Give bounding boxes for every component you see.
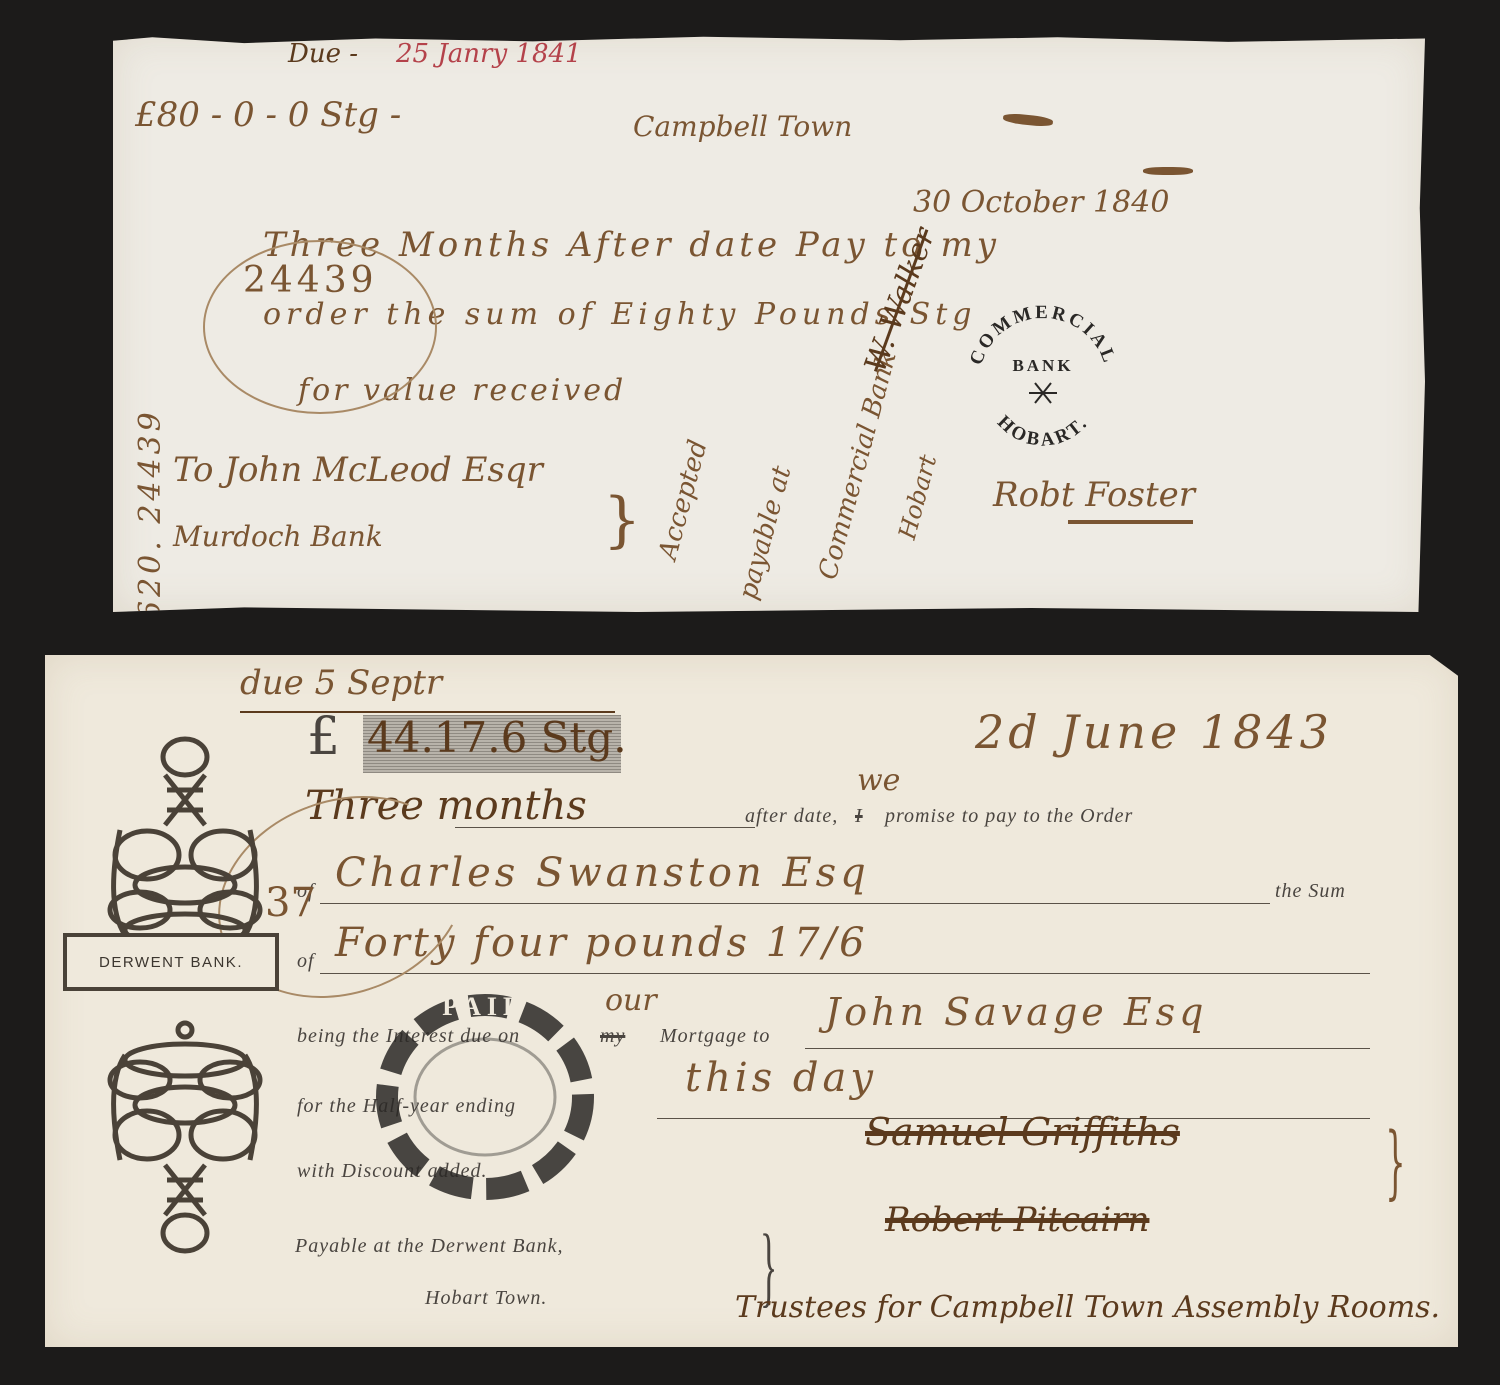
svg-text:HOBART.: HOBART. (993, 412, 1093, 451)
inserted-our: our (605, 983, 657, 1018)
addressee-line-1: To John McLeod Esqr (173, 450, 543, 490)
due-note-prefix: Due - (288, 39, 358, 69)
inserted-pronoun: we (857, 763, 900, 798)
due-note: due 5 Septr (240, 663, 442, 703)
struck-signature-2: Robert Pitcairn (885, 1200, 1149, 1240)
struck-signature-1: Samuel Griffiths (865, 1110, 1180, 1154)
stamp-bottom-text: HOBART. (993, 412, 1093, 451)
promissory-note-derwent-bank: due 5 Septr £ 44.17.6 Stg. 2d June 1843 … (45, 655, 1458, 1347)
signature-brace: } (1385, 1115, 1405, 1208)
margin-number: 620. 24439 (133, 408, 168, 620)
bill-amount: £80 - 0 - 0 Stg - (135, 95, 401, 135)
brace-mark: } (603, 485, 641, 555)
endorsement-4: Hobart (893, 452, 942, 542)
mortgagee: John Savage Esq (825, 990, 1207, 1034)
endorsement-3: Commercial Bank (813, 348, 903, 583)
note-date: 2d June 1843 (975, 705, 1333, 759)
signature-underline (1068, 520, 1193, 524)
addressee-line-2: Murdoch Bank (173, 520, 383, 553)
commercial-bank-stamp: COMMERCIAL HOBART. BANK (963, 303, 1123, 463)
printed-promise: promise to pay to the Order (885, 805, 1133, 828)
bill-of-exchange-commercial-bank: Due - 25 Janry 1841 £80 - 0 - 0 Stg - Ca… (113, 35, 1425, 612)
trustees-line: Trustees for Campbell Town Assembly Room… (735, 1290, 1440, 1325)
printed-after-date: after date, (745, 805, 838, 828)
due-note-date: 25 Janry 1841 (396, 39, 582, 69)
note-amount: 44.17.6 Stg. (367, 713, 627, 762)
struck-my: my (600, 1025, 625, 1048)
bill-date: 30 October 1840 (913, 185, 1169, 220)
endorsement-1: Accepted (653, 437, 714, 563)
ending: this day (685, 1055, 877, 1101)
endorsement-2: payable at (733, 463, 797, 603)
bank-label: DERWENT BANK. (99, 954, 243, 971)
stamp-center-text: BANK (1012, 356, 1073, 375)
drawer-signature: Robt Foster (993, 475, 1195, 515)
printed-payable-line-2: Hobart Town. (425, 1287, 547, 1310)
ink-blot (1143, 167, 1193, 175)
bank-label-box: DERWENT BANK. (63, 933, 279, 991)
printed-the-sum: the Sum (1275, 880, 1346, 903)
circled-number: 24439 (243, 260, 378, 301)
ink-blot (1003, 112, 1054, 127)
star-flourish-icon (1029, 383, 1057, 403)
printed-mortgage: Mortgage to (660, 1025, 770, 1048)
bill-place: Campbell Town (633, 110, 852, 143)
knotwork-ornament-icon (85, 735, 285, 1255)
printed-payable-line-1: Payable at the Derwent Bank, (295, 1235, 564, 1258)
pound-symbol: £ (307, 707, 340, 767)
struck-pronoun: I (855, 805, 863, 828)
paid-cancellation-stamp: PAID (370, 985, 600, 1215)
stamp-label: PAID (442, 992, 528, 1021)
